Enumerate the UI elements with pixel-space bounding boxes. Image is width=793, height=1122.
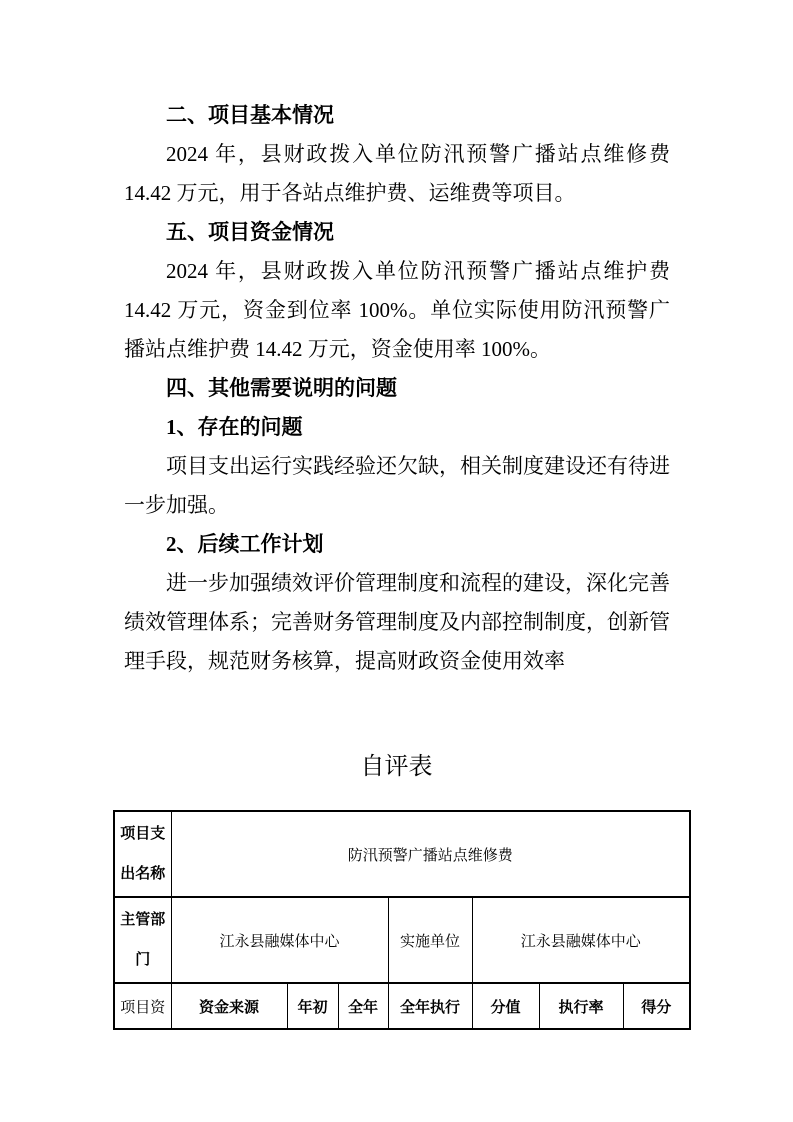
impl-unit-label: 实施单位: [388, 897, 472, 983]
col-header-year-start: 年初: [287, 983, 338, 1029]
report-body: 二、项目基本情况 2024 年，县财政拨入单位防汛预警广播站点维修费 14.42…: [124, 96, 670, 681]
col-header-score-value: 分值: [472, 983, 539, 1029]
document-page: 二、项目基本情况 2024 年，县财政拨入单位防汛预警广播站点维修费 14.42…: [0, 0, 793, 1122]
subheading-followup-plan: 2、后续工作计划: [124, 525, 670, 564]
self-eval-table: 项目支出名称 防汛预警广播站点维修费 主管部门 江永县融媒体中心 实施单位 江永…: [113, 810, 691, 1030]
col-header-funding-source: 资金来源: [171, 983, 287, 1029]
paragraph-funding: 2024 年，县财政拨入单位防汛预警广播站点维护费 14.42 万元，资金到位率…: [124, 252, 670, 369]
row-label-project-expense-name: 项目支出名称: [114, 811, 171, 897]
competent-dept-value: 江永县融媒体中心: [171, 897, 388, 983]
self-eval-section: 自评表 项目支出名称 防汛预警广播站点维修费 主管部门 江永县融媒体中心 实施单…: [0, 752, 793, 1030]
project-expense-name-value: 防汛预警广播站点维修费: [171, 811, 690, 897]
paragraph-problems: 项目支出运行实践经验还欠缺，相关制度建设还有待进一步加强。: [124, 447, 670, 525]
paragraph-basic-info: 2024 年，县财政拨入单位防汛预警广播站点维修费 14.42 万元，用于各站点…: [124, 135, 670, 213]
table-title: 自评表: [0, 752, 793, 782]
section-heading-funding: 五、项目资金情况: [124, 213, 670, 252]
paragraph-followup-plan: 进一步加强绩效评价管理制度和流程的建设，深化完善绩效管理体系；完善财务管理制度及…: [124, 564, 670, 681]
section-heading-basic-info: 二、项目基本情况: [124, 96, 670, 135]
subheading-problems: 1、存在的问题: [124, 408, 670, 447]
section-heading-other-issues: 四、其他需要说明的问题: [124, 369, 670, 408]
col-header-full-year-exec: 全年执行: [388, 983, 472, 1029]
row-label-competent-dept: 主管部门: [114, 897, 171, 983]
col-header-score: 得分: [623, 983, 690, 1029]
table-row-project-name: 项目支出名称 防汛预警广播站点维修费: [114, 811, 690, 897]
table-row-departments: 主管部门 江永县融媒体中心 实施单位 江永县融媒体中心: [114, 897, 690, 983]
impl-unit-value: 江永县融媒体中心: [472, 897, 690, 983]
col-header-full-year: 全年: [338, 983, 388, 1029]
row-label-project-funding: 项目资: [114, 983, 171, 1029]
table-row-funding-headers: 项目资 资金来源 年初 全年 全年执行 分值 执行率 得分: [114, 983, 690, 1029]
col-header-exec-rate: 执行率: [539, 983, 623, 1029]
